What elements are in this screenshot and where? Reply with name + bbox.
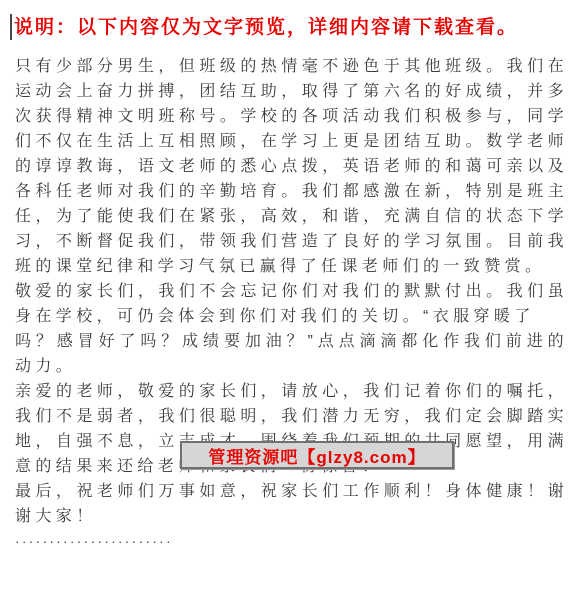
text-line: 最后，祝老师们万事如意，祝家长们工作顺利！身体健康！谢 [15,479,568,504]
text-line: 敬爱的家长们，我们不会忘记你们对我们的默默付出。我们虽 [15,279,568,304]
text-line: 我们不是弱者，我们很聪明，我们潜力无穷，我们定会脚踏实 [15,404,568,429]
text-line: 动力。 [15,354,568,379]
watermark-badge: 管理资源吧【glzy8.com】 [180,441,454,469]
text-line: 各科任老师对我们的辛勤培育。我们都感激在新，特别是班主 [15,179,568,204]
preview-notice: 说明：以下内容仅为文字预览，详细内容请下载查看。 [14,12,570,39]
text-line: 亲爱的老师，敬爱的家长们，请放心，我们记着你们的嘱托， [15,379,568,404]
text-line: 谢大家！ [15,504,568,529]
text-line: 习，不断督促我们，带领我们营造了良好的学习氛围。目前我 [15,229,568,254]
dots-line: ······················· [15,529,568,554]
text-line: 吗？感冒好了吗？成绩要加油？”点点滴滴都化作我们前进的 [15,329,568,354]
text-cursor [10,14,12,40]
document-text: 只有少部分男生，但班级的热情毫不逊色于其他班级。我们在 运动会上奋力拼搏，团结互… [15,54,568,554]
text-line: 任，为了能使我们在紧张，高效，和谐，充满自信的状态下学 [15,204,568,229]
text-line: 只有少部分男生，但班级的热情毫不逊色于其他班级。我们在 [15,54,568,79]
text-line: 次获得精神文明班称号。学校的各项活动我们积极参与，同学 [15,104,568,129]
watermark-label: 管理资源吧【glzy8.com】 [208,443,425,468]
text-line: 身在学校，可仍会体会到你们对我们的关切。“衣服穿暖了 [15,304,568,329]
document-preview-page: 说明：以下内容仅为文字预览，详细内容请下载查看。 只有少部分男生，但班级的热情毫… [0,0,578,600]
text-line: 的谆谆教诲，语文老师的悉心点拨，英语老师的和蔼可亲以及 [15,154,568,179]
text-line: 们不仅在生活上互相照顾，在学习上更是团结互助。数学老师 [15,129,568,154]
text-line: 班的课堂纪律和学习气氛已赢得了任课老师们的一致赞赏。 [15,254,568,279]
text-line: 运动会上奋力拼搏，团结互助，取得了第六名的好成绩，并多 [15,79,568,104]
